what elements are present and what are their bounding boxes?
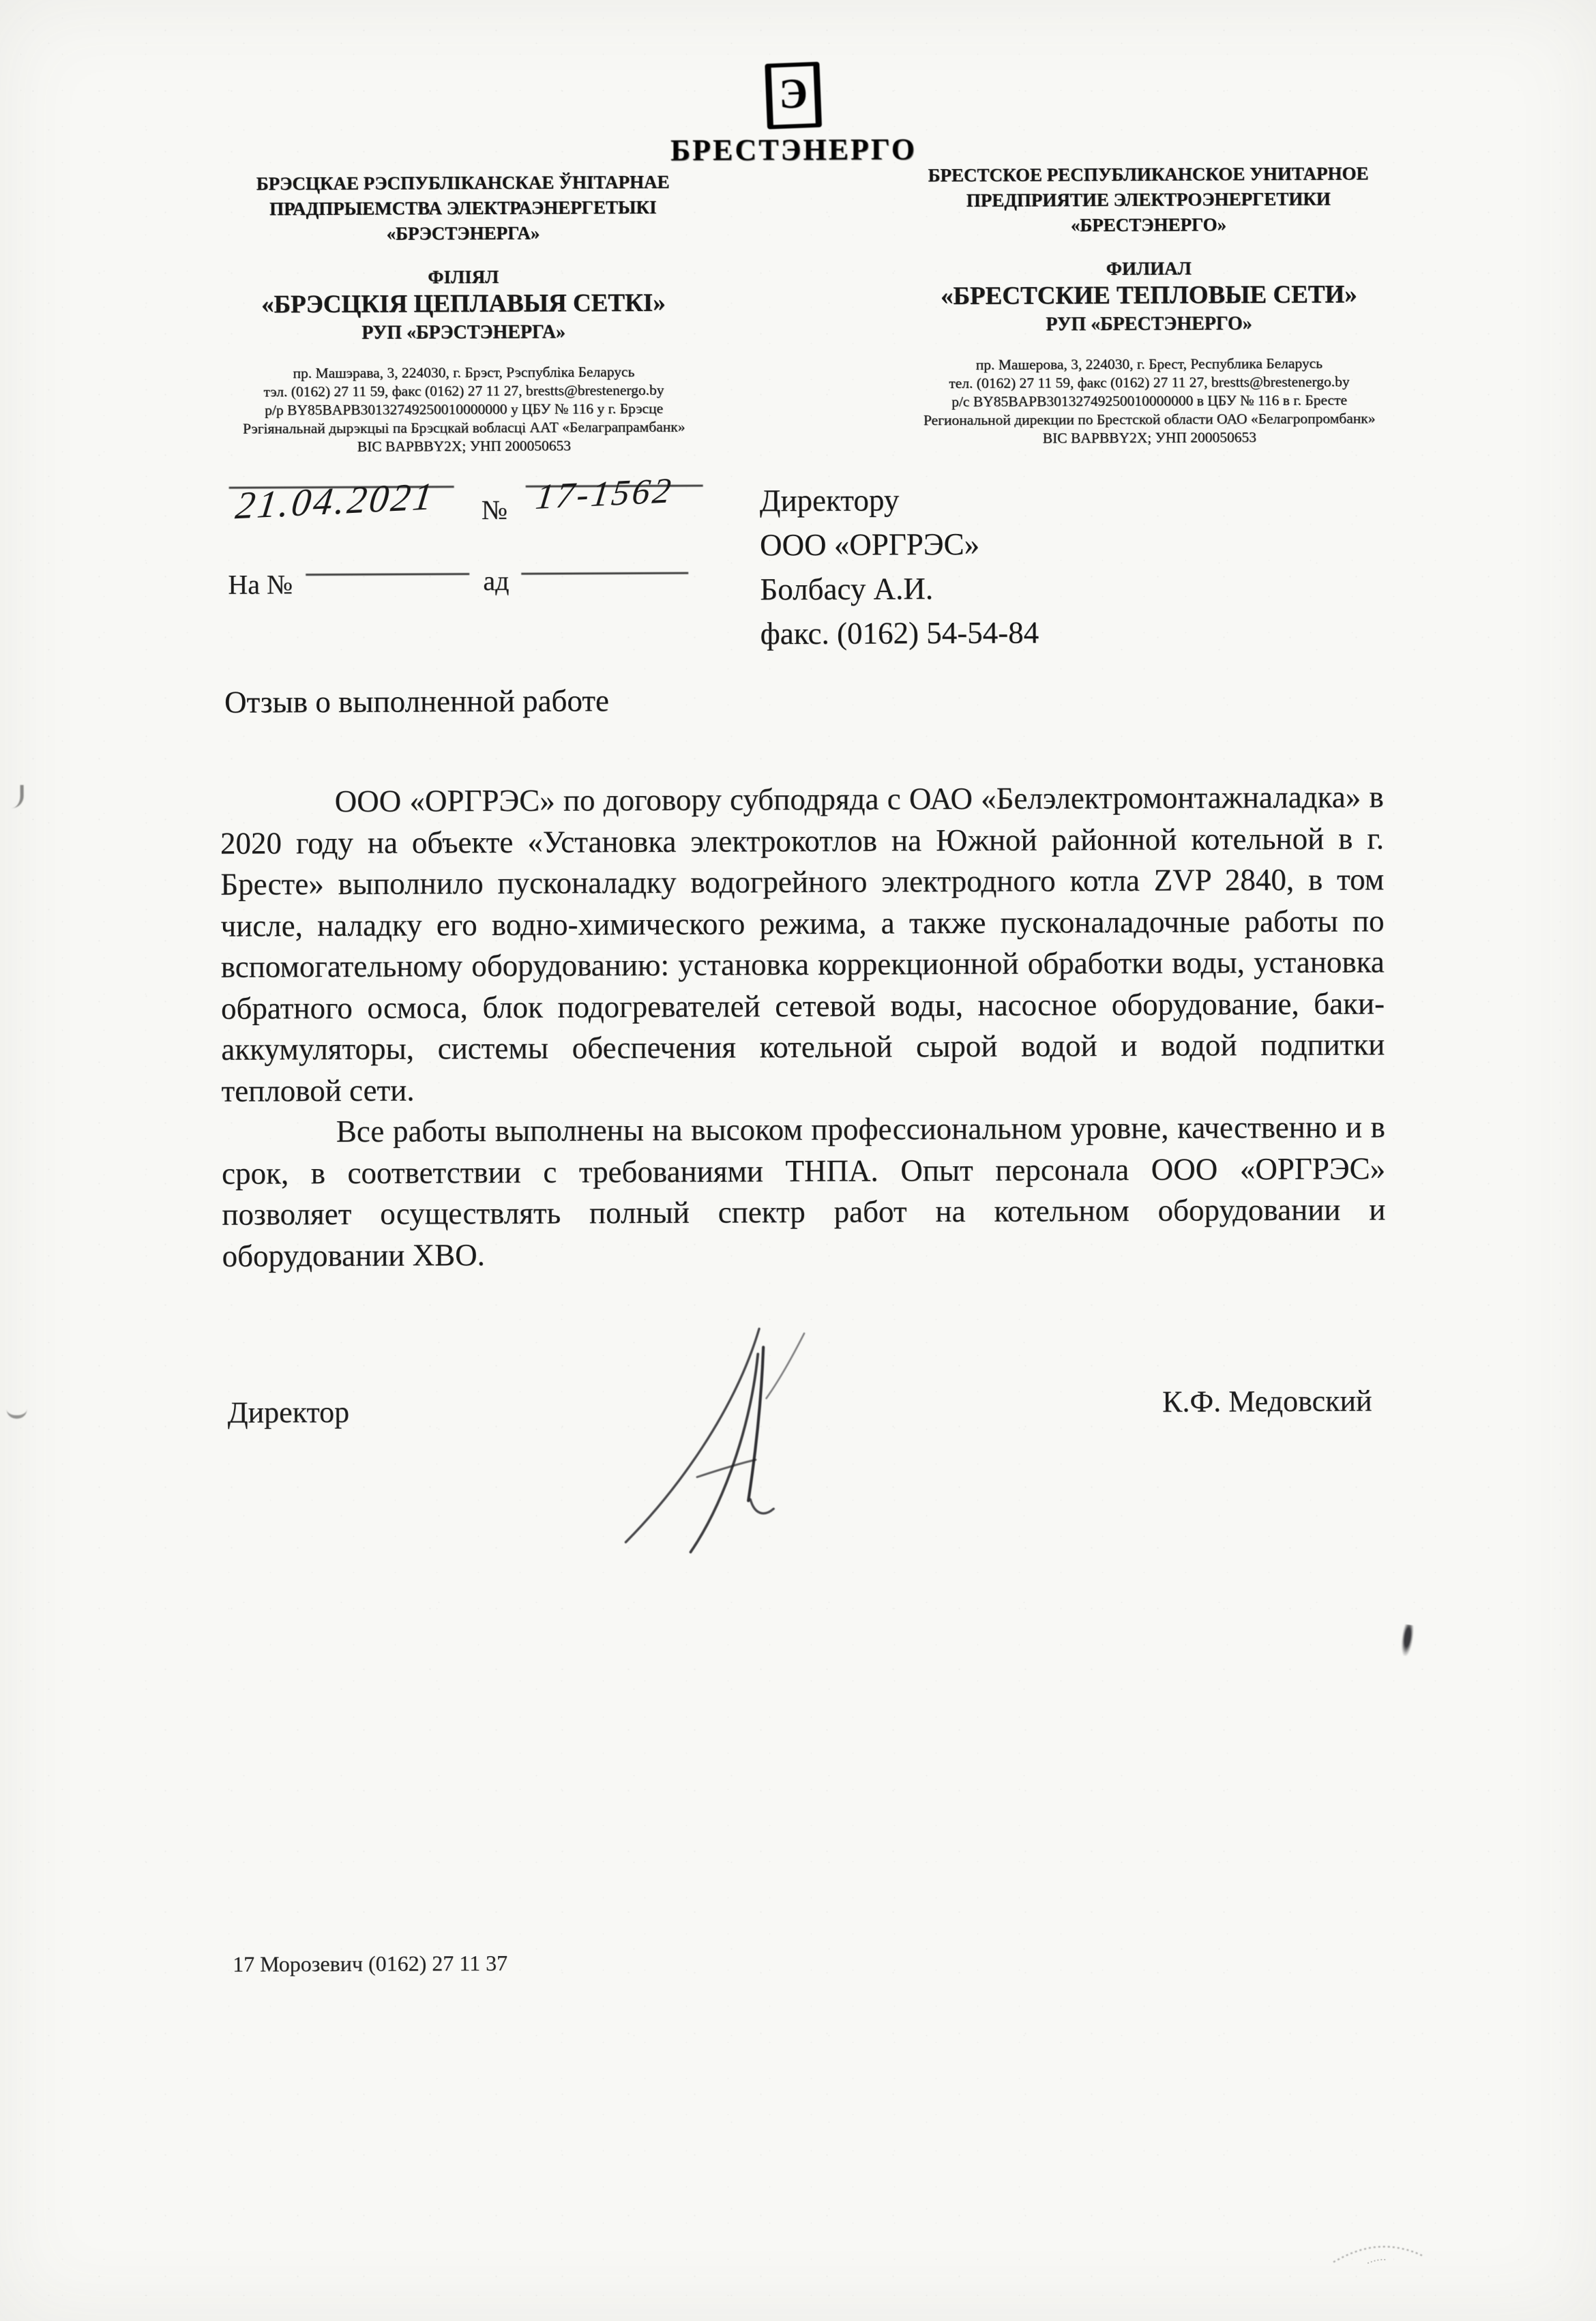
org-name-line: «БРЭСТЭНЕРГА»	[221, 220, 705, 248]
letterhead-left-column: БРЭСЦКАЕ РЭСПУБЛІКАНСКАЕ ЎНІТАРНАЕПРАДПР…	[221, 170, 707, 457]
margin-scan-mark	[7, 1400, 27, 1419]
reference-number-handwritten: 17-1562	[536, 474, 674, 515]
branch-label-be: ФІЛІЯЛ	[221, 265, 705, 290]
margin-scan-mark	[3, 785, 24, 808]
contact-line: BIC BAPBBY2X; УНП 200050653	[870, 428, 1429, 449]
contacts-be: пр. Машэрава, 3, 224030, г. Брэст, Рэспу…	[222, 363, 707, 457]
scanned-letter-page: Э БРЕСТЭНЕРГО БРЭСЦКАЕ РЭСПУБЛІКАНСКАЕ Ў…	[0, 0, 1596, 2321]
number-label: №	[482, 494, 507, 526]
addressee-block: ДиректоруООО «ОРГРЭС»Болбасу А.И.факс. (…	[760, 477, 1279, 656]
contact-line: пр. Машерова, 3, 224030, г. Брест, Респу…	[870, 354, 1429, 375]
contact-line: BIC BAPBBY2X; УНП 200050653	[222, 437, 706, 457]
body-paragraph: ООО «ОРГРЭС» по договору субподряда с ОА…	[220, 776, 1385, 1111]
contact-line: тэл. (0162) 27 11 59, факс (0162) 27 11 …	[222, 381, 706, 402]
letterhead-right-column: БРЕСТСКОЕ РЕСПУБЛИКАНСКОЕ УНИТАРНОЕПРЕДП…	[869, 161, 1430, 449]
subject-line: Отзыв о выполненной работе	[224, 683, 609, 720]
scan-smudge-mark	[1327, 2240, 1429, 2268]
reply-date-underline	[521, 572, 688, 575]
branch-label-ru: ФИЛИАЛ	[869, 256, 1428, 282]
reply-label: На №	[228, 568, 293, 600]
branch-name-ru: «БРЕСТСКИЕ ТЕПЛОВЫЕ СЕТИ»	[869, 279, 1428, 313]
letter-body: ООО «ОРГРЭС» по договору субподряда с ОА…	[220, 776, 1386, 1276]
org-name-line: ПРАДПРЫЕМСТВА ЭЛЕКТРАЭНЕРГЕТЫКІ	[221, 195, 705, 222]
brestenergo-emblem-icon: Э	[765, 61, 822, 129]
addressee-line: Болбасу А.И.	[760, 565, 1278, 612]
number-underline	[526, 485, 703, 488]
letterhead-logo: Э БРЕСТЭНЕРГО	[0, 59, 1592, 171]
signature-scribble-icon	[587, 1316, 875, 1563]
org-name-be: БРЭСЦКАЕ РЭСПУБЛІКАНСКАЕ ЎНІТАРНАЕПРАДПР…	[221, 170, 705, 248]
contacts-ru: пр. Машерова, 3, 224030, г. Брест, Респу…	[870, 354, 1430, 449]
contact-line: Региональной дирекции по Брестской облас…	[870, 409, 1429, 430]
org-name-line: БРЕСТСКОЕ РЕСПУБЛИКАНСКОЕ УНИТАРНОЕ	[869, 161, 1428, 189]
branch-name-be: «БРЭСЦКІЯ ЦЕПЛАВЫЯ СЕТКІ»	[221, 288, 705, 321]
letter-content: Э БРЕСТЭНЕРГО БРЭСЦКАЕ РЭСПУБЛІКАНСКАЕ Ў…	[0, 0, 1596, 2321]
addressee-line: Директору	[760, 477, 1278, 523]
contact-line: р/р BY85BAPB30132749250010000000 у ЦБУ №…	[222, 400, 706, 420]
body-paragraph: Все работы выполнены на высоком професси…	[222, 1106, 1386, 1276]
addressee-line: факс. (0162) 54-54-84	[760, 610, 1278, 656]
contact-line: тел. (0162) 27 11 59, факс (0162) 27 11 …	[870, 372, 1429, 394]
executor-footer: 17 Морозевич (0162) 27 11 37	[233, 1951, 507, 1977]
org-name-line: ПРЕДПРИЯТИЕ ЭЛЕКТРОЭНЕРГЕТИКИ	[869, 186, 1428, 214]
org-name-ru: БРЕСТСКОЕ РЕСПУБЛИКАНСКОЕ УНИТАРНОЕПРЕДП…	[869, 161, 1428, 239]
contact-line: р/с BY85BAPB30132749250010000000 в ЦБУ №…	[870, 391, 1429, 412]
signature-name: К.Ф. Медовский	[1058, 1383, 1372, 1419]
reply-number-underline	[306, 573, 469, 576]
branch-rup-ru: РУП «БРЕСТЭНЕРГО»	[870, 310, 1429, 339]
reply-from-label: ад	[483, 565, 509, 597]
contact-line: Рэгіянальнай дырэкцыі па Брэсцкай воблас…	[222, 418, 706, 439]
signature-position: Директор	[227, 1395, 349, 1430]
branch-rup-be: РУП «БРЭСТЭНЕРГА»	[222, 319, 706, 347]
addressee-line: ООО «ОРГРЭС»	[760, 521, 1278, 567]
org-name-line: БРЭСЦКАЕ РЭСПУБЛІКАНСКАЕ ЎНІТАРНАЕ	[221, 170, 705, 197]
ink-blot-mark	[1400, 1624, 1415, 1657]
org-name-line: «БРЕСТЭНЕРГО»	[869, 211, 1428, 239]
contact-line: пр. Машэрава, 3, 224030, г. Брэст, Рэспу…	[222, 363, 706, 383]
